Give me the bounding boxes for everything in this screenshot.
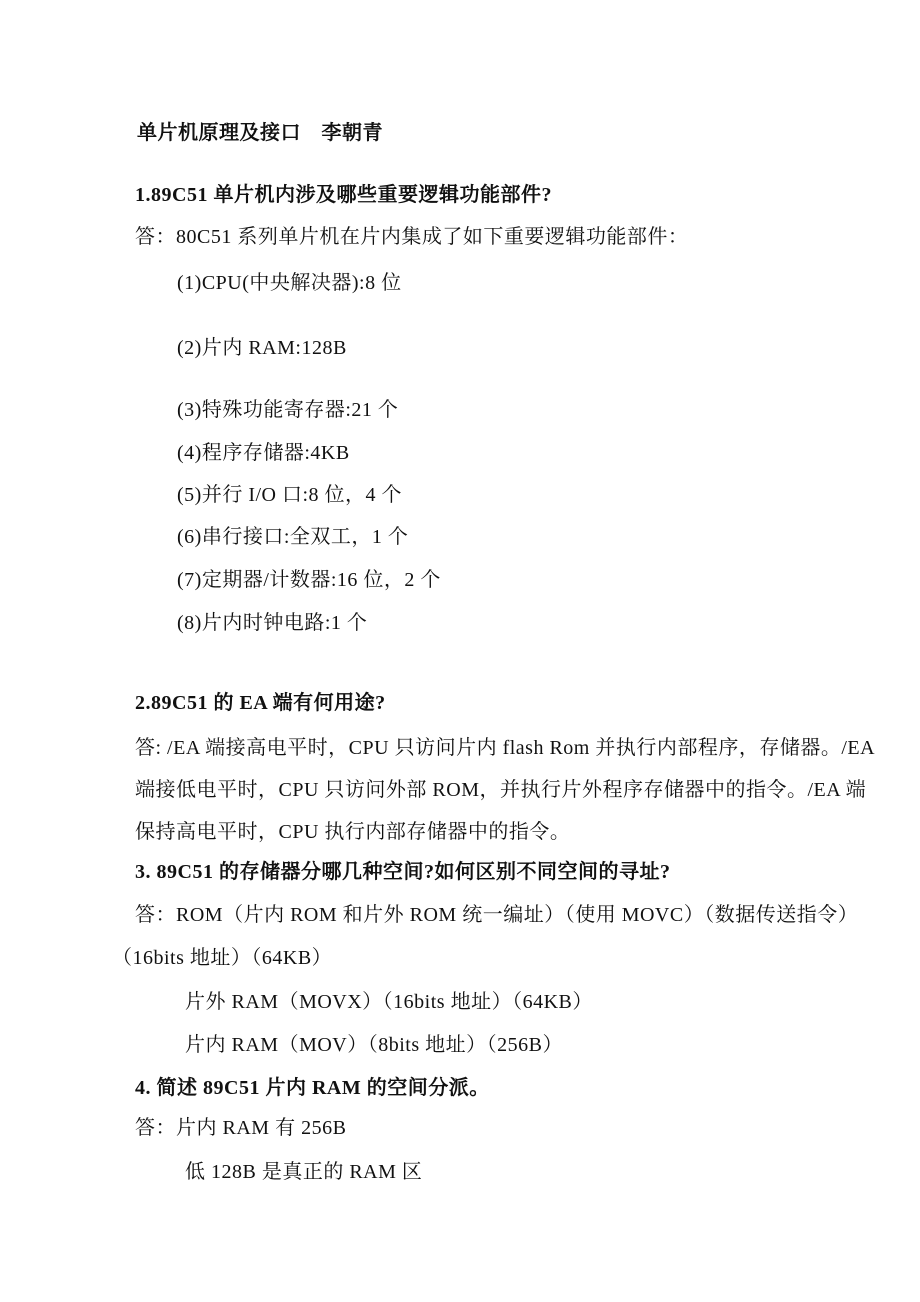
q1-answer-intro: 答：80C51 系列单片机在片内集成了如下重要逻辑功能部件： bbox=[135, 225, 688, 249]
q3-answer-line-3: 片外 RAM（MOVX）（16bits 地址）（64KB） bbox=[185, 990, 593, 1014]
q1-item-1: (1)CPU(中央解决器):8 位 bbox=[177, 271, 402, 295]
q3-answer-line-4: 片内 RAM（MOV）（8bits 地址）（256B） bbox=[185, 1033, 563, 1057]
document-page[interactable]: 单片机原理及接口 李朝青 1.89C51 单片机内涉及哪些重要逻辑功能部件? 答… bbox=[0, 0, 920, 1302]
q2-answer-line-1: 答: /EA 端接高电平时，CPU 只访问片内 flash Rom 并执行内部程… bbox=[135, 736, 875, 760]
q4-answer-line-2: 低 128B 是真正的 RAM 区 bbox=[185, 1160, 422, 1184]
q1-item-4: (4)程序存储器:4KB bbox=[177, 441, 350, 465]
q1-item-5: (5)并行 I/O 口:8 位，4 个 bbox=[177, 483, 402, 507]
q3-answer-line-2: （16bits 地址）（64KB） bbox=[112, 946, 332, 970]
q4-answer-line-1: 答：片内 RAM 有 256B bbox=[135, 1116, 346, 1140]
q2-answer-line-2: 端接低电平时，CPU 只访问外部 ROM，并执行片外程序存储器中的指令。/EA … bbox=[135, 778, 866, 802]
q3-answer-line-1: 答：ROM（片内 ROM 和片外 ROM 统一编址）（使用 MOVC）（数据传送… bbox=[135, 903, 858, 927]
q3-heading: 3. 89C51 的存储器分哪几种空间?如何区别不同空间的寻址? bbox=[135, 860, 670, 884]
q2-heading: 2.89C51 的 EA 端有何用途? bbox=[135, 691, 386, 715]
q1-item-6: (6)串行接口:全双工，1 个 bbox=[177, 525, 408, 549]
q2-answer-line-3: 保持高电平时，CPU 执行内部存储器中的指令。 bbox=[135, 820, 570, 844]
q4-heading: 4. 简述 89C51 片内 RAM 的空间分派。 bbox=[135, 1076, 490, 1100]
q1-item-3: (3)特殊功能寄存器:21 个 bbox=[177, 398, 398, 422]
q1-item-7: (7)定期器/计数器:16 位，2 个 bbox=[177, 568, 441, 592]
doc-title: 单片机原理及接口 李朝青 bbox=[137, 121, 383, 145]
q1-heading: 1.89C51 单片机内涉及哪些重要逻辑功能部件? bbox=[135, 183, 552, 207]
q1-item-8: (8)片内时钟电路:1 个 bbox=[177, 611, 367, 635]
q1-item-2: (2)片内 RAM:128B bbox=[177, 336, 347, 360]
